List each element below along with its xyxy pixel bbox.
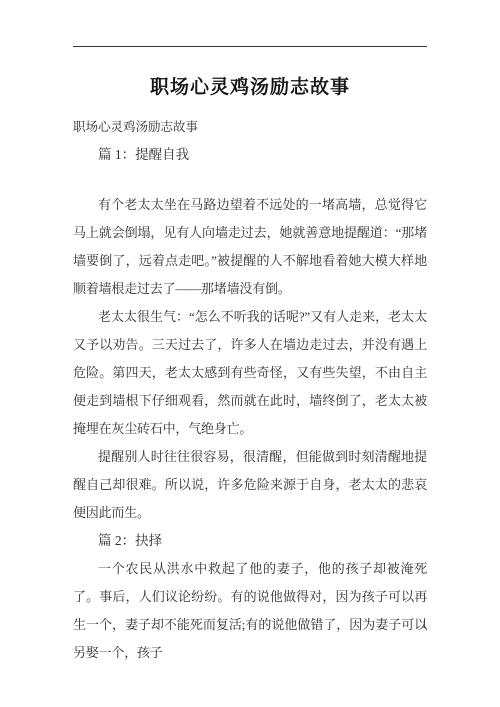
- document-title: 职场心灵鸡汤励志故事: [0, 72, 500, 99]
- header-rule: [73, 46, 427, 47]
- section-1-paragraph-3: 提醒别人时往往很容易，很清醒，但能做到时刻清醒地提醒自己却很难。所以说，许多危险…: [73, 443, 427, 527]
- section-2-heading: 篇 2：抉择: [73, 527, 427, 555]
- section-1-paragraph-1: 有个老太太坐在马路边望着不远处的一堵高墙，总觉得它马上就会倒塌，见有人向墙走过去…: [73, 191, 427, 303]
- document-body: 职场心灵鸡汤励志故事 篇 1：提醒自我 有个老太太坐在马路边望着不远处的一堵高墙…: [73, 113, 427, 667]
- document-subtitle: 职场心灵鸡汤励志故事: [73, 113, 427, 141]
- section-2-paragraph-1: 一个农民从洪水中救起了他的妻子，他的孩子却被淹死了。事后，人们议论纷纷。有的说他…: [73, 555, 427, 667]
- section-1-paragraph-2: 老太太很生气：“怎么不听我的话呢?”又有人走来，老太太又予以劝告。三天过去了，许…: [73, 303, 427, 443]
- section-1-heading: 篇 1：提醒自我: [73, 141, 427, 169]
- page-number: 1: [347, 619, 427, 631]
- document-page: 职场心灵鸡汤励志故事 职场心灵鸡汤励志故事 篇 1：提醒自我 有个老太太坐在马路…: [0, 0, 500, 707]
